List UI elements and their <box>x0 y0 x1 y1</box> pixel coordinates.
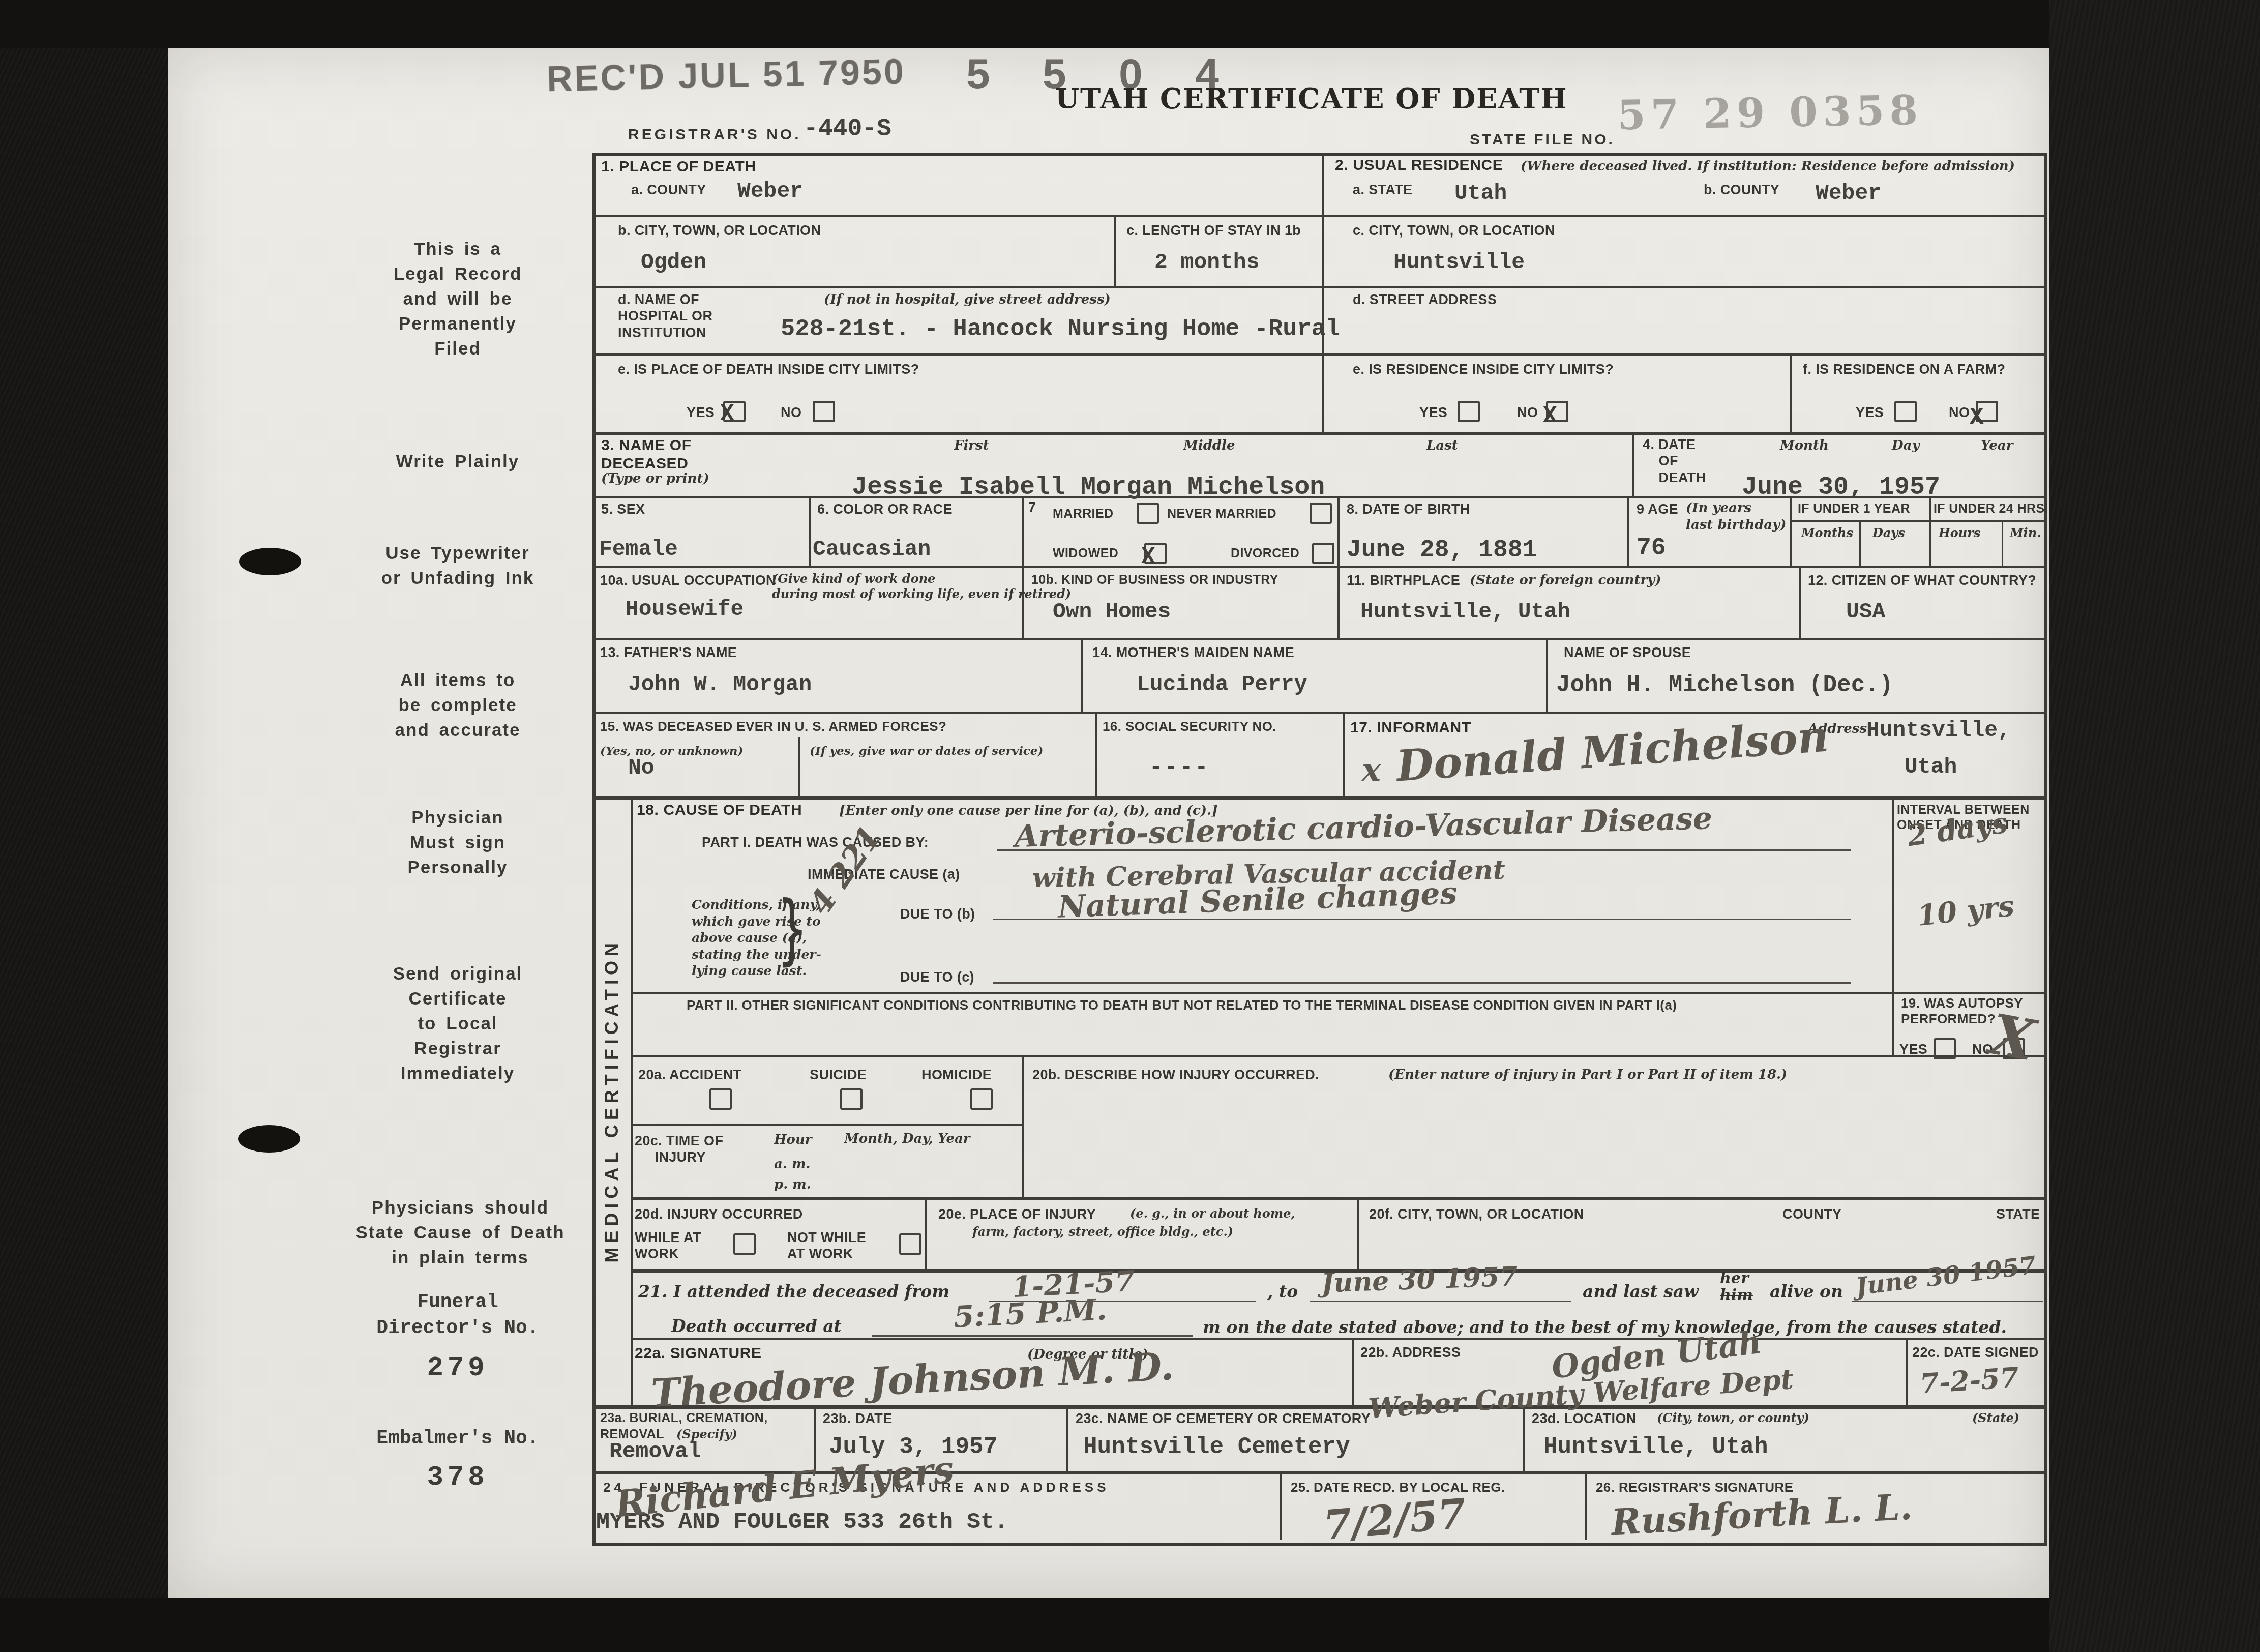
sex-label: 5. SEX <box>601 501 645 517</box>
death-city-limits-label: e. IS PLACE OF DEATH INSIDE CITY LIMITS? <box>618 361 919 377</box>
registrar-no-label: REGISTRAR'S NO. <box>628 126 801 144</box>
residence-limits-no-label: NO <box>1517 404 1538 421</box>
her-text: her <box>1720 1271 1753 1286</box>
death-limits-yes-label: YES <box>687 404 715 421</box>
rule <box>592 712 2047 714</box>
occupation-label: 10a. USUAL OCCUPATION <box>600 572 776 588</box>
rule <box>1790 353 1792 432</box>
hole-punch-top <box>239 548 301 575</box>
place-of-injury-hint1: (e. g., in or about home, <box>1130 1206 1295 1221</box>
film-edge-bottom <box>0 1598 2260 1652</box>
burial-value: Removal <box>609 1440 701 1463</box>
while-at-work-checkbox <box>733 1233 756 1255</box>
accident-checkbox <box>709 1088 732 1110</box>
marital-number: 7 <box>1028 499 1036 515</box>
age-hint: (In years last birthday) <box>1686 500 1787 533</box>
father-name-label: 13. FATHER'S NAME <box>600 644 737 661</box>
alive-on-text: alive on <box>1770 1281 1843 1303</box>
rule <box>1906 1338 1908 1405</box>
armed-forces-value: No <box>628 756 655 779</box>
citizen-value: USA <box>1846 600 1885 623</box>
autopsy-yes-checkbox <box>1934 1038 1956 1059</box>
rule <box>1114 215 1116 286</box>
rule <box>1632 432 1634 496</box>
autopsy-yes-label: YES <box>1899 1041 1927 1057</box>
rule <box>592 566 2047 568</box>
date-received-value: 7/2/57 <box>1322 1493 1468 1546</box>
dod-year-header: Year <box>1981 437 2013 454</box>
registrar-no-value: -440-S <box>804 116 891 142</box>
informant-label: 17. INFORMANT <box>1350 719 1471 737</box>
accident-label: 20a. ACCIDENT <box>638 1067 742 1083</box>
rule <box>2002 520 2003 566</box>
margin-note-complete: All items to be complete and accurate <box>295 668 620 743</box>
residence-state-value: Utah <box>1454 182 1507 204</box>
margin-note-typewriter: Use Typewriter or Unfading Ink <box>295 541 620 591</box>
hospital-value: 528-21st. - Hancock Nursing Home -Rural <box>781 317 1340 342</box>
certificate-paper: This is a Legal Record and will be Perma… <box>168 48 2049 1598</box>
am-label: a. m. <box>774 1156 811 1173</box>
suicide-label: SUICIDE <box>810 1067 867 1083</box>
state-file-no-value: 57 29 0358 <box>1617 90 1923 135</box>
physician-signature-label: 22a. SIGNATURE <box>635 1344 762 1363</box>
rule <box>1627 496 1629 566</box>
embalmers-no: 378 <box>295 1460 620 1497</box>
burial-location-hint: (City, town, or county) <box>1657 1410 1809 1426</box>
ssn-value: ---- <box>1149 756 1210 779</box>
hole-punch-bottom <box>238 1125 300 1153</box>
dod-day-header: Day <box>1892 437 1920 454</box>
rule <box>592 796 2047 800</box>
rule <box>631 992 2047 994</box>
dob-value: June 28, 1881 <box>1347 538 1537 563</box>
pm-label: p. m. <box>774 1176 811 1193</box>
rule <box>631 1197 2047 1200</box>
rule <box>1790 520 2047 522</box>
suicide-checkbox <box>840 1088 863 1110</box>
margin-note-write-plainly: Write Plainly <box>295 449 620 474</box>
homicide-checkbox <box>970 1088 993 1110</box>
rule <box>592 432 2047 435</box>
rule <box>1280 1471 1282 1540</box>
death-limits-yes-xmark: X <box>720 402 734 426</box>
burial-date-label: 23b. DATE <box>823 1410 893 1427</box>
usual-residence-hint: (Where deceased lived. If institution: R… <box>1521 158 2015 175</box>
rule <box>592 215 2047 217</box>
death-limits-no-checkbox <box>813 401 835 422</box>
date-signed-label: 22c. DATE SIGNED <box>1912 1344 2039 1361</box>
armed-forces-hint1: (Yes, no, or unknown) <box>600 744 743 759</box>
homicide-label: HOMICIDE <box>921 1067 992 1083</box>
injury-county-label: COUNTY <box>1782 1206 1841 1222</box>
months-header: Months <box>1801 525 1853 541</box>
if-under-24-hrs-label: IF UNDER 24 HRS. <box>1934 501 2048 516</box>
place-of-injury-label: 20e. PLACE OF INJURY <box>938 1206 1096 1222</box>
never-married-label: NEVER MARRIED <box>1167 506 1276 521</box>
residence-county-label: b. COUNTY <box>1704 182 1779 198</box>
age-value: 76 <box>1637 536 1666 561</box>
divorced-label: DIVORCED <box>1231 546 1299 561</box>
received-stamp: REC'D JUL 51 7950 <box>546 54 906 97</box>
mother-name-value: Lucinda Perry <box>1137 673 1307 696</box>
cemetery-label: 23c. NAME OF CEMETERY OR CREMATORY <box>1076 1410 1371 1427</box>
rule <box>1022 1124 1024 1197</box>
date-received-label: 25. DATE RECD. BY LOCAL REG. <box>1291 1480 1505 1495</box>
place-of-injury-hint2: farm, factory, street, office bldg., etc… <box>972 1224 1233 1240</box>
place-of-death-label: 1. PLACE OF DEATH <box>601 158 756 176</box>
armed-forces-hint2: (If yes, give war or dates of service) <box>810 744 1043 759</box>
film-edge-left <box>0 0 168 1652</box>
if-under-1-year-label: IF UNDER 1 YEAR <box>1798 501 1910 516</box>
usual-residence-label: 2. USUAL RESIDENCE <box>1335 156 1503 174</box>
type-or-print-hint: (Type or print) <box>601 470 709 487</box>
death-time-value: 5:15 P.M. <box>953 1294 1108 1332</box>
spouse-value: John H. Michelson (Dec.) <box>1556 673 1893 697</box>
informant-address-line2: Utah <box>1905 755 1957 778</box>
margin-note-send-original: Send original Certificate to Local Regis… <box>295 961 620 1086</box>
race-label: 6. COLOR OR RACE <box>817 501 953 517</box>
rule <box>1322 153 1324 432</box>
hour-header: Hour <box>774 1132 812 1148</box>
cause-c-line <box>993 943 1851 984</box>
injury-occurred-label: 20d. INJURY OCCURRED <box>635 1206 803 1222</box>
city-of-death-value: Ogden <box>641 251 706 274</box>
part2-label: PART II. OTHER SIGNIFICANT CONDITIONS CO… <box>687 997 1677 1013</box>
residence-city-value: Huntsville <box>1393 251 1525 274</box>
residence-limits-no-xmark: X <box>1543 404 1557 428</box>
burial-state-hint: (State) <box>1972 1410 2019 1426</box>
date-of-death-value: June 30, 1957 <box>1742 475 1940 501</box>
rule <box>1799 566 1801 638</box>
informant-address-line1: Huntsville, <box>1866 719 2011 742</box>
race-value: Caucasian <box>813 538 931 560</box>
scanned-death-certificate: This is a Legal Record and will be Perma… <box>0 0 2260 1652</box>
residence-state-label: a. STATE <box>1353 182 1413 198</box>
medical-certification-strip: MEDICAL CERTIFICATION <box>592 796 631 1405</box>
divorced-checkbox <box>1312 543 1334 564</box>
mother-name-label: 14. MOTHER'S MAIDEN NAME <box>1092 644 1294 661</box>
last-name-header: Last <box>1426 437 1458 454</box>
occupation-hint: (Give kind of work done during most of w… <box>772 571 1071 602</box>
farm-yes-label: YES <box>1856 404 1884 421</box>
rule <box>1357 1197 1359 1269</box>
hospital-label: d. NAME OF HOSPITAL OR INSTITUTION <box>618 291 712 341</box>
informant-x-mark: x <box>1362 754 1381 786</box>
rule <box>809 496 811 566</box>
age-label: 9 AGE <box>1637 501 1678 517</box>
physician-address-label: 22b. ADDRESS <box>1360 1344 1461 1361</box>
due-to-c-label: DUE TO (c) <box>900 969 974 985</box>
rule <box>1585 1471 1587 1540</box>
conditions-brace: } <box>777 888 808 971</box>
burial-location-value: Huntsville, Utah <box>1543 1435 1768 1459</box>
state-file-no-label: STATE FILE NO. <box>1470 131 1615 149</box>
rule <box>592 353 2047 356</box>
armed-forces-label: 15. WAS DECEASED EVER IN U. S. ARMED FOR… <box>600 719 946 734</box>
rule <box>798 737 800 796</box>
rule <box>1546 638 1548 712</box>
cemetery-value: Huntsville Cemetery <box>1083 1435 1350 1459</box>
rule <box>592 286 2047 288</box>
describe-injury-label: 20b. DESCRIBE HOW INJURY OCCURRED. <box>1032 1067 1319 1083</box>
residence-city-limits-label: e. IS RESIDENCE INSIDE CITY LIMITS? <box>1353 361 1614 377</box>
rule <box>1892 796 1894 1055</box>
street-address-label: d. STREET ADDRESS <box>1353 291 1497 308</box>
rule <box>1929 496 1931 566</box>
certificate-title: UTAH CERTIFICATE OF DEATH <box>1055 85 1568 112</box>
rule <box>1523 1405 1525 1471</box>
widowed-xmark: X <box>1141 545 1155 569</box>
residence-city-label: c. CITY, TOWN, OR LOCATION <box>1353 222 1555 239</box>
farm-yes-checkbox <box>1894 401 1917 422</box>
film-edge-right <box>2049 0 2260 1652</box>
residence-farm-label: f. IS RESIDENCE ON A FARM? <box>1803 361 2005 377</box>
him-text-struck: him <box>1720 1286 1753 1305</box>
rule <box>1066 1405 1068 1471</box>
spouse-label: NAME OF SPOUSE <box>1564 644 1691 661</box>
county-of-death-label: a. COUNTY <box>631 182 706 198</box>
length-of-stay-value: 2 months <box>1154 251 1259 274</box>
rule <box>1343 712 1345 796</box>
burial-location-label: 23d. LOCATION <box>1532 1410 1637 1427</box>
describe-injury-hint: (Enter nature of injury in Part I or Par… <box>1388 1067 1787 1083</box>
time-of-injury-label: 20c. TIME OF INJURY <box>635 1133 723 1166</box>
rule <box>1790 496 1792 566</box>
part1-label: PART I. DEATH WAS CAUSED BY: <box>702 834 929 850</box>
birthplace-hint: (State or foreign country) <box>1470 572 1661 589</box>
rule <box>1337 566 1340 638</box>
ssn-label: 16. SOCIAL SECURITY NO. <box>1103 719 1276 734</box>
residence-county-value: Weber <box>1816 182 1881 204</box>
attended-to-text: , to <box>1267 1281 1298 1303</box>
residence-limits-yes-checkbox <box>1458 401 1480 422</box>
death-post-text: m on the date stated above; and to the b… <box>1203 1317 2007 1339</box>
farm-no-label: NO <box>1949 404 1970 421</box>
rule <box>1352 1338 1354 1405</box>
date-signed-value: 7-2-57 <box>1919 1363 2019 1397</box>
birthplace-value: Huntsville, Utah <box>1360 600 1570 623</box>
while-at-work-label: WHILE AT WORK <box>635 1229 701 1262</box>
min-header: Min. <box>2010 525 2041 541</box>
cause-of-death-label: 18. CAUSE OF DEATH <box>637 801 802 819</box>
funeral-director-no: 279 <box>295 1350 620 1388</box>
widowed-label: WIDOWED <box>1053 546 1118 561</box>
injury-city-label: 20f. CITY, TOWN, OR LOCATION <box>1369 1206 1584 1222</box>
hospital-hint: (If not in hospital, give street address… <box>824 291 1111 308</box>
never-married-checkbox <box>1310 503 1332 524</box>
birthplace-label: 11. BIRTHPLACE <box>1347 572 1460 588</box>
margin-note-legal-record: This is a Legal Record and will be Perma… <box>295 237 620 361</box>
not-while-at-work-checkbox <box>899 1233 921 1255</box>
funeral-director-no-label: Funeral Director's No. <box>295 1289 620 1342</box>
margin-note-physician-sign: Physician Must sign Personally <box>295 805 620 880</box>
rule <box>1022 496 1024 566</box>
city-of-death-label: b. CITY, TOWN, OR LOCATION <box>618 222 821 239</box>
not-while-at-work-label: NOT WHILE AT WORK <box>787 1229 866 1262</box>
hours-header: Hours <box>1939 525 1980 541</box>
sex-value: Female <box>599 538 678 560</box>
citizen-label: 12. CITIZEN OF WHAT COUNTRY? <box>1808 572 2036 588</box>
attended-to-value: June 30 1957 <box>1321 1263 1518 1296</box>
embalmers-no-label: Embalmer's No. <box>280 1426 636 1452</box>
days-header: Days <box>1872 525 1905 541</box>
rule <box>1337 496 1340 566</box>
due-to-b-label: DUE TO (b) <box>900 906 975 922</box>
rule <box>1859 520 1861 566</box>
married-checkbox <box>1137 503 1159 524</box>
rule <box>631 796 633 1405</box>
county-of-death-value: Weber <box>737 180 803 202</box>
margin-note-plain-terms: Physicians should State Cause of Death i… <box>277 1195 643 1270</box>
film-edge-top <box>0 0 2260 48</box>
occupation-value: Housewife <box>626 598 744 621</box>
business-label: 10b. KIND OF BUSINESS OR INDUSTRY <box>1031 572 1278 587</box>
dob-label: 8. DATE OF BIRTH <box>1347 501 1470 517</box>
farm-no-xmark: X <box>1970 406 1984 429</box>
rule <box>1095 712 1097 796</box>
business-value: Own Homes <box>1053 600 1171 623</box>
deceased-name-value: Jessie Isabell Morgan Michelson <box>852 475 1325 501</box>
rule <box>925 1197 927 1269</box>
last-saw-text: and last saw <box>1583 1281 1699 1303</box>
first-name-header: First <box>954 437 989 454</box>
rule <box>592 638 2047 640</box>
dod-month-header: Month <box>1780 437 1829 454</box>
rule <box>631 1055 2047 1057</box>
date-of-death-label: 4. DATE OF DEATH <box>1643 436 1706 486</box>
father-name-value: John W. Morgan <box>628 673 812 696</box>
married-label: MARRIED <box>1053 506 1113 521</box>
rule <box>1022 1055 1024 1124</box>
month-day-year-header: Month, Day, Year <box>844 1131 970 1147</box>
death-limits-no-label: NO <box>781 404 801 421</box>
residence-limits-yes-label: YES <box>1419 404 1447 421</box>
attended-pre-text: 21. I attended the deceased from <box>638 1281 949 1303</box>
length-of-stay-label: c. LENGTH OF STAY IN 1b <box>1126 222 1301 239</box>
death-occurred-text: Death occurred at <box>671 1316 842 1338</box>
rule <box>1081 638 1083 712</box>
name-of-deceased-label: 3. NAME OF DECEASED <box>601 436 692 473</box>
rule <box>631 1124 1022 1126</box>
medical-certification-text: MEDICAL CERTIFICATION <box>603 938 621 1263</box>
middle-name-header: Middle <box>1183 437 1235 454</box>
injury-state-label: STATE <box>1996 1206 2040 1222</box>
her-him-stack: her him <box>1720 1271 1753 1305</box>
